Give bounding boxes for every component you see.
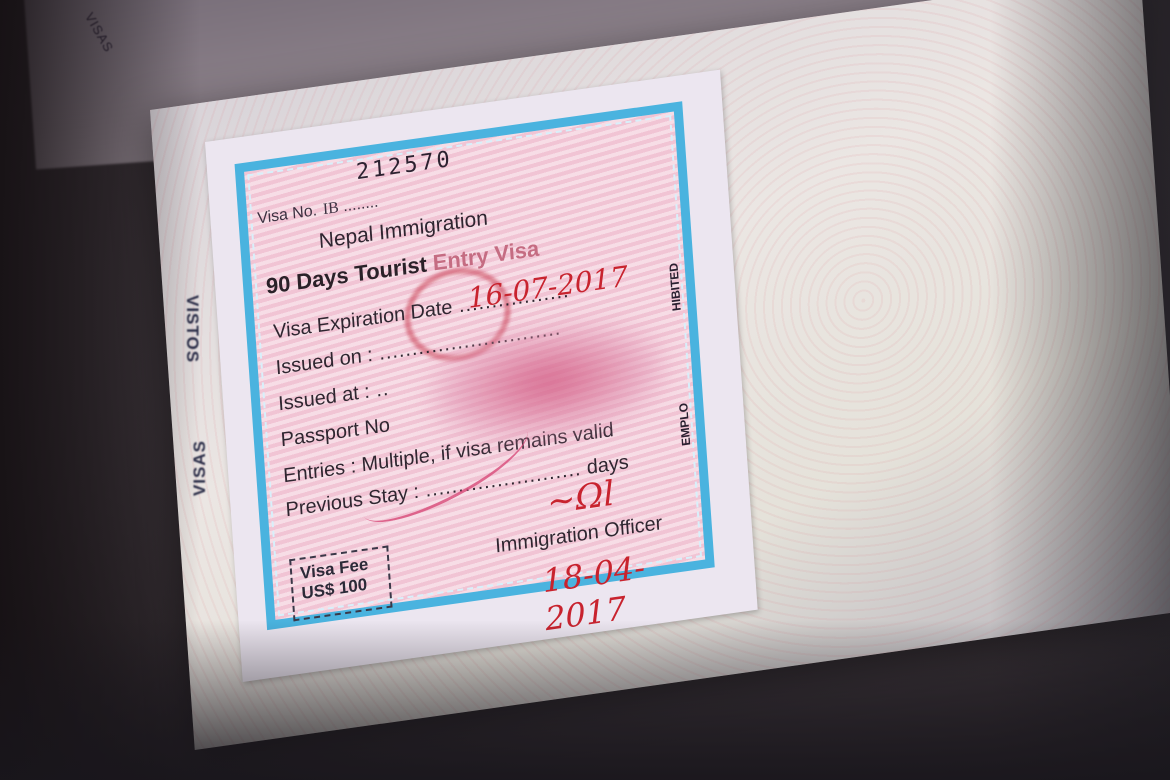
field-label: Issued at :	[278, 381, 371, 416]
field-issued-at: Issued at : ..	[278, 378, 390, 417]
visa-title-faded: Entry Visa	[426, 236, 540, 277]
field-label: Issued on :	[275, 344, 373, 380]
side-text-lower: EMPLO	[676, 402, 693, 447]
visa-number-dots: ........	[343, 193, 379, 215]
field-passport-no: Passport No	[280, 414, 391, 452]
visa-fee-box: Visa Fee US$ 100	[289, 545, 392, 621]
field-dots: ..	[369, 378, 390, 403]
side-text-upper: HIBITED	[667, 262, 684, 312]
visa-sticker: 212570 Visa No.IB ........ Nepal Immigra…	[205, 70, 758, 682]
field-label: Passport No	[280, 414, 391, 451]
visa-number-prefix: IB	[322, 199, 339, 218]
photo-scene: VISAS VISTOS VISAS 212570 Visa No.IB ...…	[0, 0, 1170, 780]
visa-title-bold: 90 Days Tourist	[265, 251, 427, 299]
shadow-bottom	[0, 620, 1170, 780]
visa-number-label: Visa No.	[257, 202, 318, 227]
visa-frame: 212570 Visa No.IB ........ Nepal Immigra…	[235, 101, 715, 630]
serial-number: 212570	[355, 147, 453, 186]
officer-signature: ~Ωl	[546, 473, 616, 522]
